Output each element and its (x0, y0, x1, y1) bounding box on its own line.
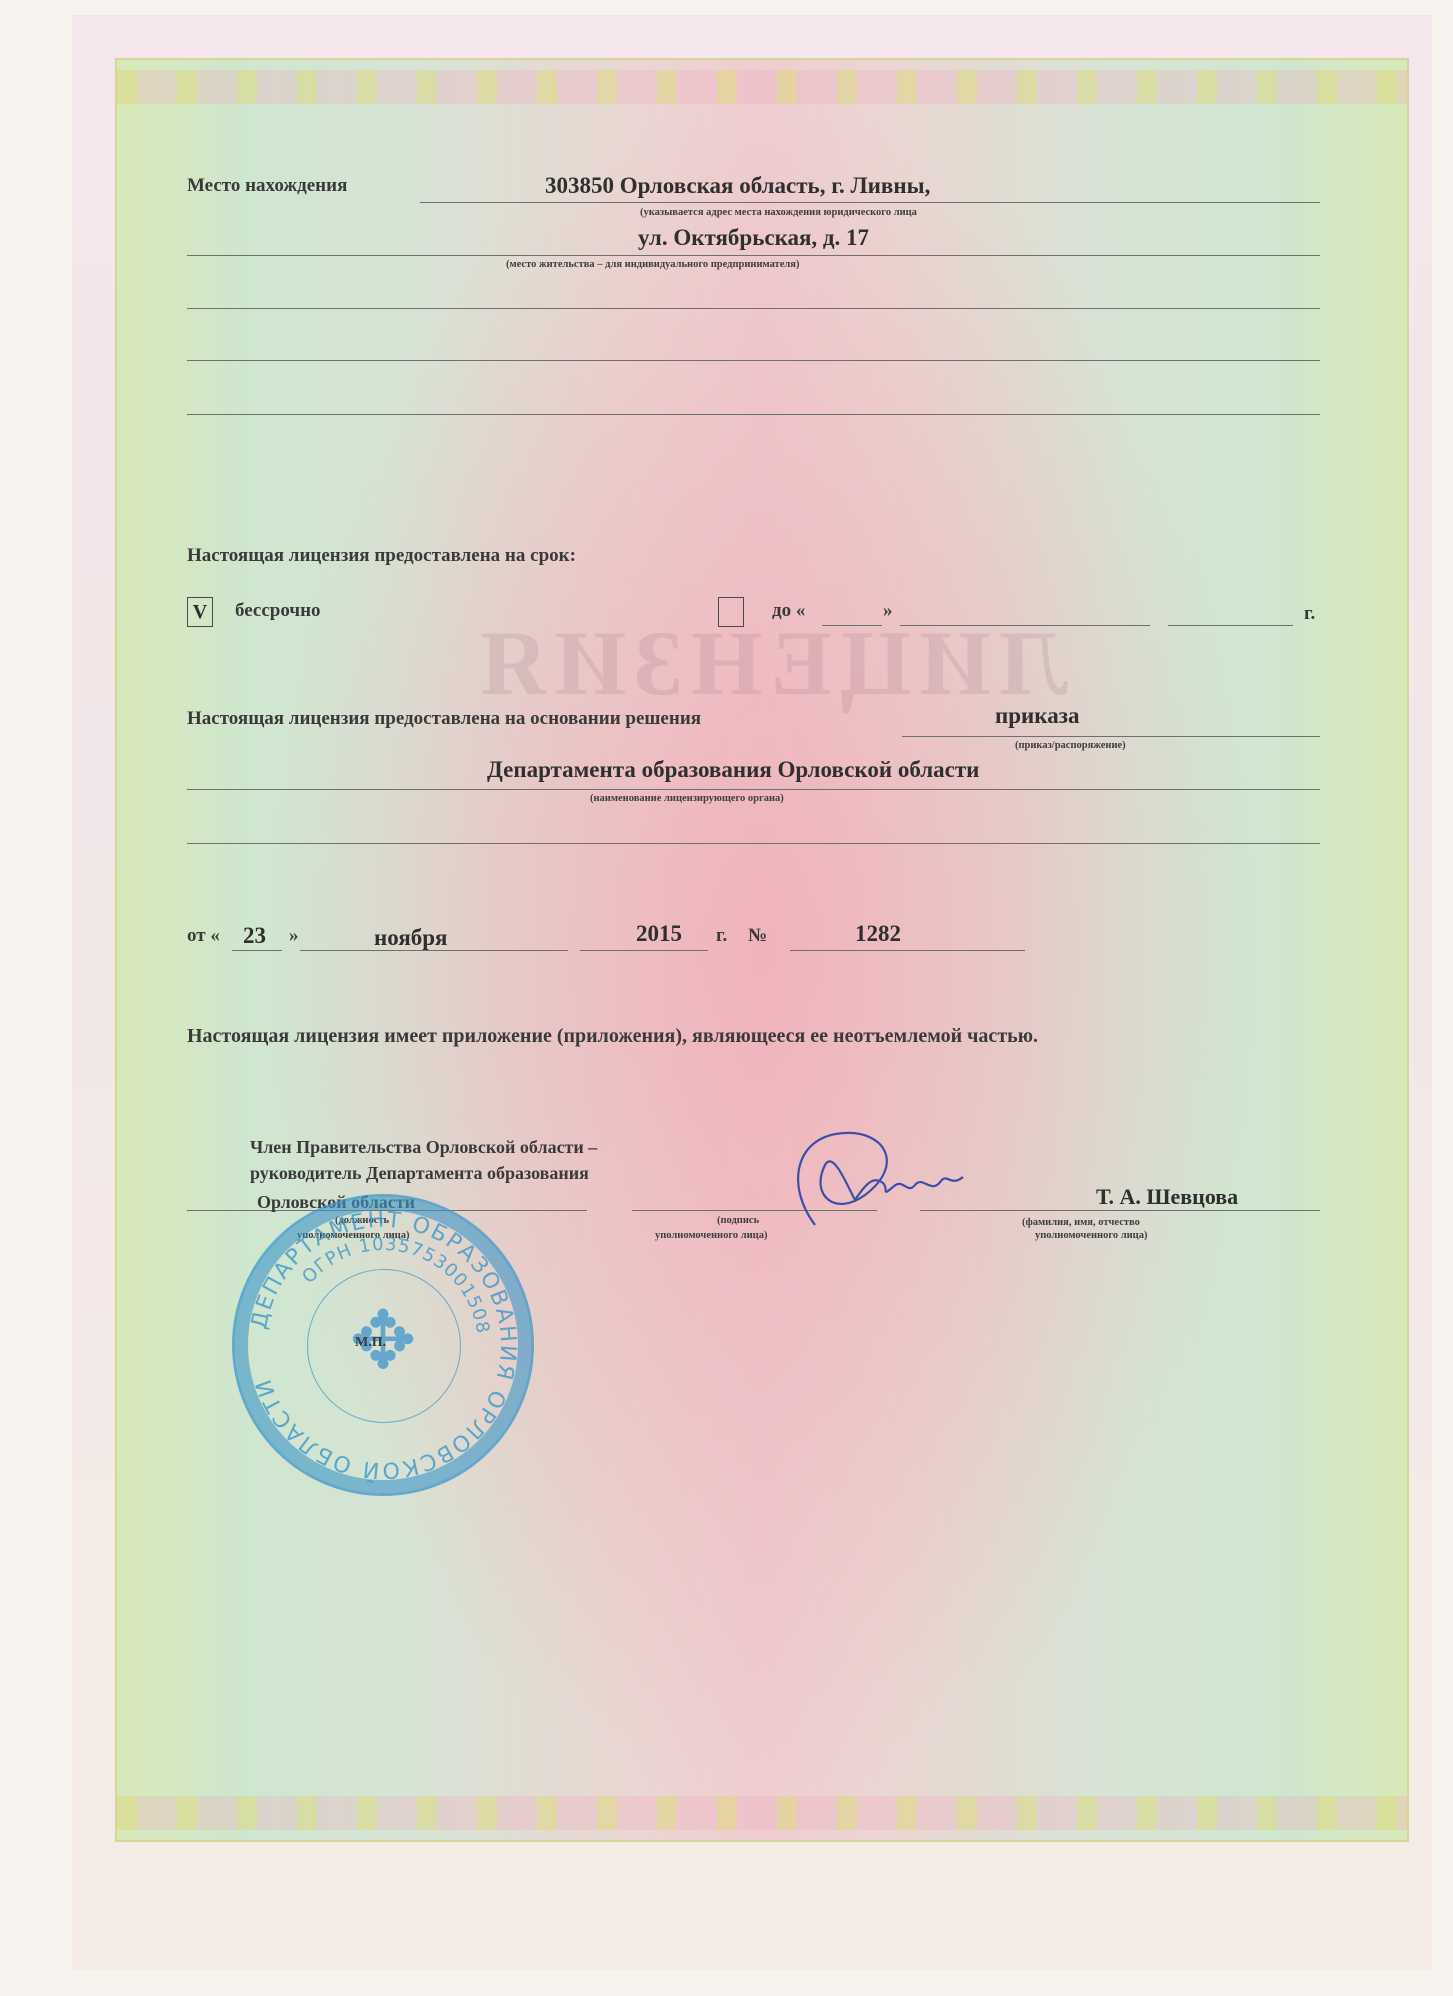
seal-place-label: М.П. (355, 1335, 386, 1351)
position-line-1: Член Правительства Орловской области – (250, 1137, 597, 1158)
until-year-suffix: г. (1304, 603, 1315, 625)
date-year-value: 2015 (636, 921, 682, 947)
handwritten-signature (755, 1125, 1015, 1235)
blank-line-3 (187, 414, 1320, 415)
indefinite-checkbox[interactable]: V (187, 597, 213, 627)
blank-line-1 (187, 308, 1320, 309)
position-line-2: руководитель Департамента образования (250, 1163, 589, 1184)
official-seal: ДЕПАРТАМЕНТ ОБРАЗОВАНИЯ ОРЛОВСКОЙ ОБЛАСТ… (232, 1194, 534, 1496)
blank-line-2 (187, 360, 1320, 361)
address-line-1 (420, 202, 1320, 203)
blank-line-4 (187, 843, 1320, 844)
date-prefix: от « (187, 925, 220, 947)
basis-label: Настоящая лицензия предоставлена на осно… (187, 708, 701, 730)
indefinite-label: бессрочно (235, 600, 321, 622)
date-day-close: » (289, 925, 299, 947)
date-day-value: 23 (243, 923, 266, 949)
address-line-1-value: 303850 Орловская область, г. Ливны, (545, 173, 930, 199)
decision-type-line (902, 736, 1320, 737)
authority-hint: (наименование лицензирующего органа) (590, 793, 784, 804)
until-close-quote: » (883, 600, 893, 622)
term-label: Настоящая лицензия предоставлена на срок… (187, 545, 576, 567)
signatory-name: Т. А. Шевцова (1096, 1184, 1238, 1210)
address-line-2 (187, 255, 1320, 256)
address-line-2-value: ул. Октябрьская, д. 17 (638, 225, 869, 251)
until-month-line (900, 625, 1150, 626)
date-month-value: ноября (374, 925, 448, 951)
decision-type-value: приказа (995, 703, 1079, 729)
authority-line (187, 789, 1320, 790)
authority-value: Департамента образования Орловской облас… (487, 757, 979, 783)
until-day-line (822, 625, 882, 626)
name-line (920, 1210, 1320, 1211)
date-day-line (232, 950, 282, 951)
order-number-value: 1282 (855, 921, 901, 947)
number-line (790, 950, 1025, 951)
name-hint-2: уполномоченного лица) (1035, 1230, 1147, 1241)
appendix-note: Настоящая лицензия имеет приложение (при… (187, 1025, 1038, 1048)
signature-hint-1: (подпись (717, 1215, 759, 1226)
date-year-suffix: г. (716, 925, 727, 947)
address-hint-1: (указывается адрес места нахождения юрид… (640, 207, 917, 218)
until-checkbox[interactable] (718, 597, 744, 627)
until-label: до « (772, 600, 805, 622)
until-year-line (1168, 625, 1293, 626)
address-hint-2: (место жительства – для индивидуального … (506, 259, 799, 270)
date-year-line (580, 950, 708, 951)
location-label: Место нахождения (187, 175, 347, 197)
signature-hint-2: уполномоченного лица) (655, 1230, 767, 1241)
number-sign: № (748, 925, 767, 947)
name-hint-1: (фамилия, имя, отчество (1022, 1217, 1140, 1228)
decision-type-hint: (приказ/распоряжение) (1015, 740, 1126, 751)
